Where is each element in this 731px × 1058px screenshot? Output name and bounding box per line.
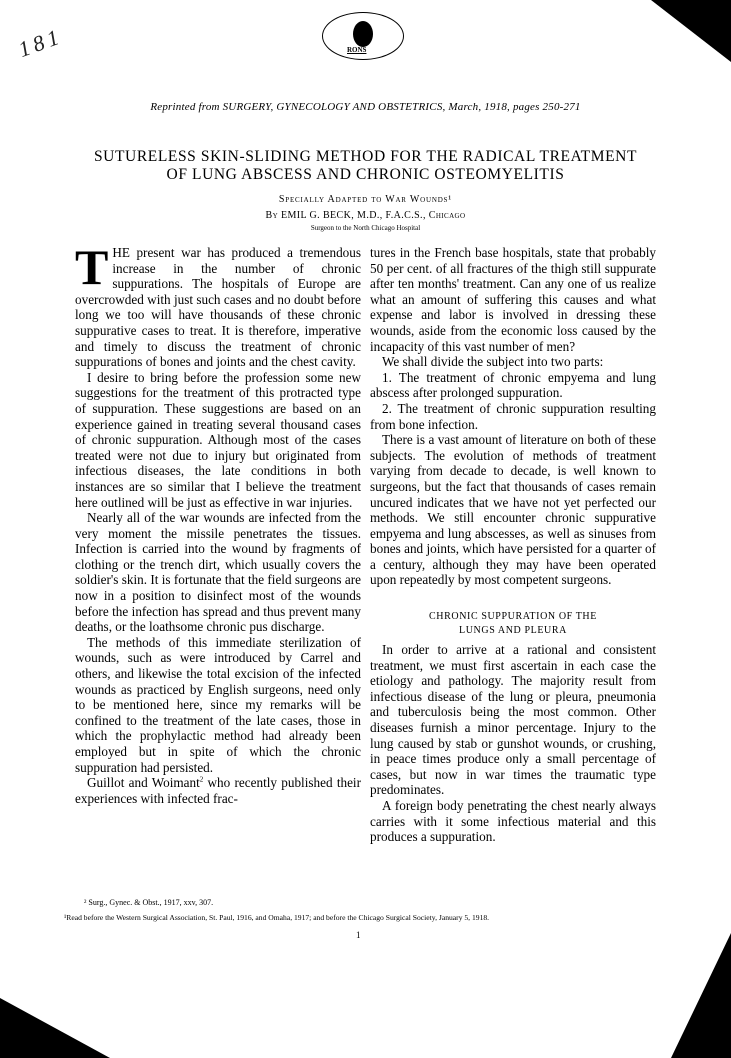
author-city: Chicago: [429, 210, 466, 221]
list-item: 2. The treatment of chronic suppuration …: [370, 401, 656, 432]
paragraph: There is a vast amount of literature on …: [370, 432, 656, 588]
drop-cap: T: [75, 247, 108, 287]
reprint-line: Reprinted from SURGERY, GYNECOLOGY AND O…: [0, 101, 731, 113]
author-affiliation: Surgeon to the North Chicago Hospital: [0, 224, 731, 232]
page-number: 1: [356, 930, 361, 940]
author-name: EMIL G. BECK, M.D., F.A.C.S.,: [281, 210, 426, 221]
paragraph: Guillot and Woimant2 who recently publis…: [75, 775, 361, 806]
right-column: tures in the French base hospitals, stat…: [370, 245, 656, 845]
paragraph: tures in the French base hospitals, stat…: [370, 245, 656, 354]
paragraph: A foreign body penetrating the chest nea…: [370, 798, 656, 845]
stamp-label: RONS: [347, 46, 366, 54]
library-stamp: RONS: [322, 12, 404, 60]
paragraph: THE present war has produced a tremendou…: [75, 245, 361, 370]
title-line-2: OF LUNG ABSCESS AND CHRONIC OSTEOMYELITI…: [40, 166, 691, 184]
scan-corner-bottom-right: [671, 933, 731, 1058]
scan-corner-top-right: [651, 0, 731, 62]
title-line-1: SUTURELESS SKIN-SLIDING METHOD FOR THE R…: [40, 148, 691, 166]
byline: By EMIL G. BECK, M.D., F.A.C.S., Chicago: [0, 210, 731, 221]
article-title: SUTURELESS SKIN-SLIDING METHOD FOR THE R…: [40, 148, 691, 184]
footnote-1: ¹Read before the Western Surgical Associ…: [64, 913, 684, 922]
stamp-seal-icon: [353, 21, 373, 47]
list-item: 1. The treatment of chronic empyema and …: [370, 370, 656, 401]
paragraph: We shall divide the subject into two par…: [370, 354, 656, 370]
paragraph: I desire to bring before the profession …: [75, 370, 361, 510]
article-subtitle: Specially Adapted to War Wounds¹: [0, 194, 731, 205]
byline-prefix: By: [266, 210, 279, 221]
paragraph: Nearly all of the war wounds are infecte…: [75, 510, 361, 635]
scan-corner-bottom-left: [0, 998, 110, 1058]
footnote-2: ² Surg., Gynec. & Obst., 1917, xxv, 307.: [84, 898, 213, 907]
paragraph: In order to arrive at a rational and con…: [370, 642, 656, 798]
section-heading: CHRONIC SUPPURATION OF THE LUNGS AND PLE…: [370, 610, 656, 638]
left-column: THE present war has produced a tremendou…: [75, 245, 361, 806]
paragraph: The methods of this immediate sterilizat…: [75, 635, 361, 775]
margin-handwritten-note: 181: [15, 23, 66, 63]
